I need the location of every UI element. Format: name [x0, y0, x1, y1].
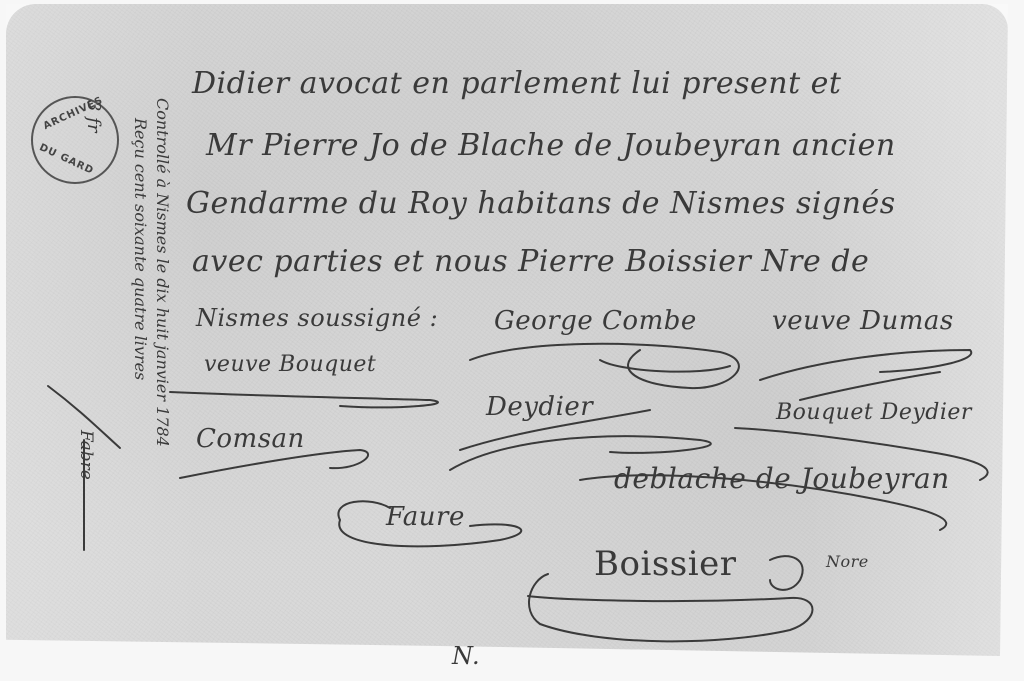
stamp-bottom-text: DU GARD: [37, 142, 95, 177]
signature-veuve-bouquet: veuve Bouquet: [204, 352, 376, 377]
margin-clerk-initials: Fabre: [76, 430, 96, 480]
margin-registration-note-2: Reçu cent soixante quatre livres: [131, 118, 150, 380]
signature-george-combe: George Combe: [494, 306, 697, 336]
bottom-fragment: N.: [452, 642, 480, 670]
body-line-5: Nismes soussigné :: [196, 304, 438, 332]
archive-stamp: ARCHIVES DU GARD: [31, 96, 119, 184]
signature-bouquet-deydier: Bouquet Deydier: [776, 400, 972, 425]
signature-boissier: Boissier: [594, 544, 736, 584]
signature-deblache-de-joubeyran: deblache de Joubeyran: [614, 462, 950, 495]
body-line-1: Didier avocat en parlement lui present e…: [192, 66, 841, 101]
body-line-4: avec parties et nous Pierre Boissier Nre…: [192, 244, 869, 279]
signature-comsan: Comsan: [196, 424, 305, 454]
body-line-2: Mr Pierre Jo de Blache de Joubeyran anci…: [206, 128, 896, 163]
margin-registration-note-1: Controllé à Nismes le dix huit janvier 1…: [153, 98, 172, 447]
signature-faure: Faure: [386, 502, 465, 532]
notary-suffix: Nore: [826, 552, 869, 571]
body-line-3: Gendarme du Roy habitans de Nismes signé…: [186, 186, 896, 221]
signature-deydier: Deydier: [486, 392, 593, 422]
margin-folio-note: 3 fr: [83, 100, 104, 132]
signature-veuve-dumas: veuve Dumas: [772, 306, 954, 336]
